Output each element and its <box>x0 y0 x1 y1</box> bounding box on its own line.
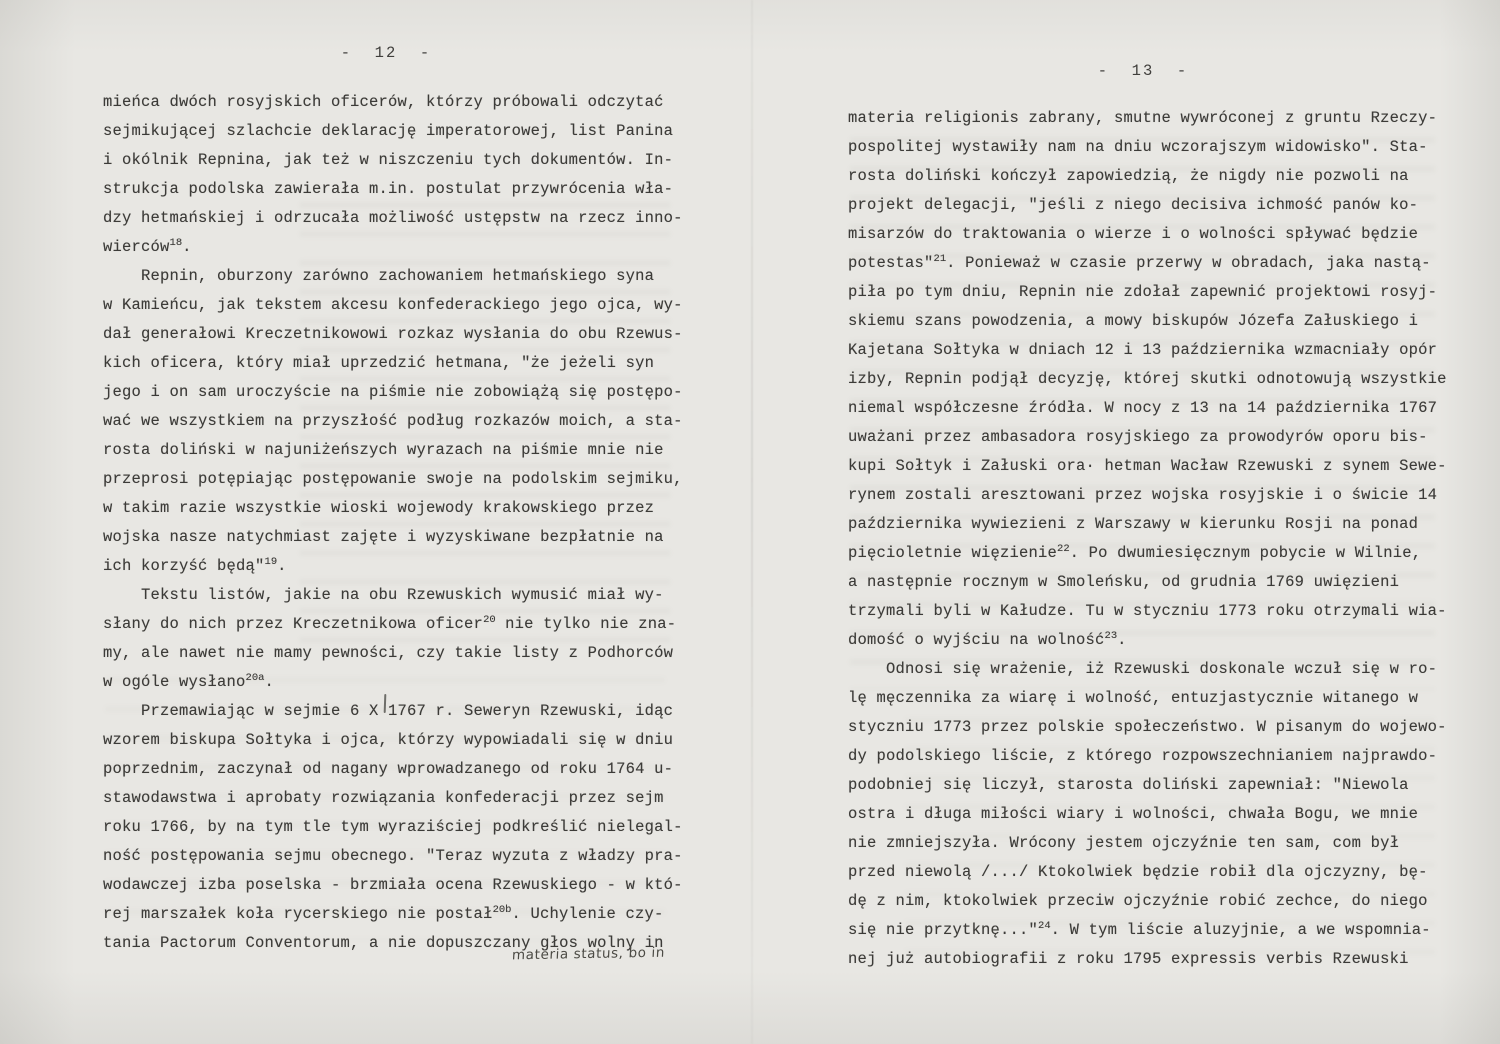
text-line: dzy hetmańskiej i odrzucała możliwość us… <box>103 204 683 233</box>
handwritten-annotation: materia status, bo in <box>512 945 666 964</box>
footnote-reference: 20 <box>483 614 496 626</box>
text-line: rosta doliński w najuniżeńszych wyrazach… <box>103 436 683 465</box>
text-line: piła po tym dniu, Repnin nie zdołał zape… <box>848 278 1447 307</box>
text-line: styczniu 1773 przez polskie społeczeństw… <box>848 713 1447 742</box>
text-line: kupi Sołtyk i Załuski ora· hetman Wacław… <box>848 452 1447 481</box>
text-line: ich korzyść będą"19. <box>103 552 683 581</box>
text-line: rosta doliński kończył zapowiedzią, że n… <box>848 162 1447 191</box>
text-line: my, ale nawet nie mamy pewności, czy tak… <box>103 639 683 668</box>
text-line: rej marszałek koła rycerskiego nie posta… <box>103 900 683 929</box>
text-line: trzymali byli w Kałudze. Tu w styczniu 1… <box>848 597 1447 626</box>
text-line: pospolitej wystawiły nam na dniu wczoraj… <box>848 133 1447 162</box>
footnote-reference: 20a <box>246 672 265 684</box>
text-line: domość o wyjściu na wolność23. <box>848 626 1447 655</box>
text-line: i okólnik Repnina, jak też w niszczeniu … <box>103 146 683 175</box>
text-line: wojska nasze natychmiast zajęte i wyzysk… <box>103 523 683 552</box>
text-line: wzorem biskupa Sołtyka i ojca, którzy wy… <box>103 726 683 755</box>
typed-text-block: mieńca dwóch rosyjskich oficerów, którzy… <box>103 88 683 958</box>
footnote-reference: 19 <box>265 556 278 568</box>
footnote-reference: 24 <box>1038 920 1051 932</box>
text-line: nie zmniejszyła. Wrócony jestem ojczyźni… <box>848 829 1447 858</box>
text-line: sejmikującej szlachcie deklarację impera… <box>103 117 683 146</box>
text-line: przed niewolą /.../ Ktokolwiek będzie ro… <box>848 858 1447 887</box>
footnote-reference: 18 <box>170 237 183 249</box>
text-line: ność postępowania sejmu obecnego. "Teraz… <box>103 842 683 871</box>
text-line: Kajetana Sołtyka w dniach 12 i 13 paździ… <box>848 336 1447 365</box>
text-line: izby, Repnin podjął decyzję, której skut… <box>848 365 1447 394</box>
text-line: kich oficera, który miał uprzedzić hetma… <box>103 349 683 378</box>
text-line: Przemawiając w sejmie 6 X 1767 r. Sewery… <box>103 697 683 726</box>
text-line: strukcja podolska zawierała m.in. postul… <box>103 175 683 204</box>
footnote-reference: 20b <box>493 904 512 916</box>
text-line: poprzednim, zaczynał od nagany wprowadza… <box>103 755 683 784</box>
text-line: ostra i długa miłości wiary i wolności, … <box>848 800 1447 829</box>
text-line: nej już autobiografii z roku 1795 expres… <box>848 945 1447 974</box>
text-line: w Kamieńcu, jak tekstem akcesu konfedera… <box>103 291 683 320</box>
page-number: - 13 - <box>848 62 1438 80</box>
text-line: przeprosi potępiając postępowanie swoje … <box>103 465 683 494</box>
text-line: uważani przez ambasadora rosyjskiego za … <box>848 423 1447 452</box>
text-line: mieńca dwóch rosyjskich oficerów, którzy… <box>103 88 683 117</box>
text-line: w takim razie wszystkie wioski wojewody … <box>103 494 683 523</box>
text-line: roku 1766, by na tym tle tym wyraziściej… <box>103 813 683 842</box>
footnote-reference: 23 <box>1105 630 1118 642</box>
text-line: pięcioletnie więzienie22. Po dwumiesięcz… <box>848 539 1447 568</box>
text-line: Odnosi się wrażenie, iż Rzewuski doskona… <box>848 655 1447 684</box>
text-line: Repnin, oburzony zarówno zachowaniem het… <box>103 262 683 291</box>
footnote-reference: 21 <box>934 253 947 265</box>
text-line: dał generałowi Kreczetnikowowi rozkaz wy… <box>103 320 683 349</box>
page-number: - 12 - <box>103 44 669 62</box>
text-line: dy podolskiego liście, z którego rozpows… <box>848 742 1447 771</box>
text-line: wierców18. <box>103 233 683 262</box>
text-line: skiemu szans powodzenia, a mowy biskupów… <box>848 307 1447 336</box>
text-line: wodawczej izba poselska - brzmiała ocena… <box>103 871 683 900</box>
text-line: lę męczennika za wiarę i wolność, entuzj… <box>848 684 1447 713</box>
text-line: rynem zostali aresztowani przez wojska r… <box>848 481 1447 510</box>
text-line: się nie przytknę..."24. W tym liście alu… <box>848 916 1447 945</box>
text-line: projekt delegacji, "jeśli z niego decisi… <box>848 191 1447 220</box>
text-line: niemal współczesne źródła. W nocy z 13 n… <box>848 394 1447 423</box>
text-line: w ogóle wysłano20a. <box>103 668 683 697</box>
text-line: października wywiezieni z Warszawy w kie… <box>848 510 1447 539</box>
text-line: stawodawstwa i aprobaty rozwiązania konf… <box>103 784 683 813</box>
text-line: materia religionis zabrany, smutne wywró… <box>848 104 1447 133</box>
text-line: wać we wszystkiem na przyszłość podług r… <box>103 407 683 436</box>
text-line: potestas"21. Ponieważ w czasie przerwy w… <box>848 249 1447 278</box>
text-line: Tekstu listów, jakie na obu Rzewuskich w… <box>103 581 683 610</box>
page-gutter-crease <box>751 0 753 1044</box>
footnote-reference: 22 <box>1057 543 1070 555</box>
text-line: jego i on sam uroczyście na piśmie nie z… <box>103 378 683 407</box>
text-line: słany do nich przez Kreczetnikowa oficer… <box>103 610 683 639</box>
scanned-document: { "colors": { "paper": "#e8e7e3", "ink":… <box>0 0 1500 1044</box>
text-line: dę z nim, ktokolwiek przeciw ojczyźnie r… <box>848 887 1447 916</box>
text-line: misarzów do traktowania o wierze i o wol… <box>848 220 1447 249</box>
text-line: podobniej się liczył, starosta doliński … <box>848 771 1447 800</box>
text-line: a następnie rocznym w Smoleńsku, od grud… <box>848 568 1447 597</box>
typed-text-block: materia religionis zabrany, smutne wywró… <box>848 104 1447 974</box>
